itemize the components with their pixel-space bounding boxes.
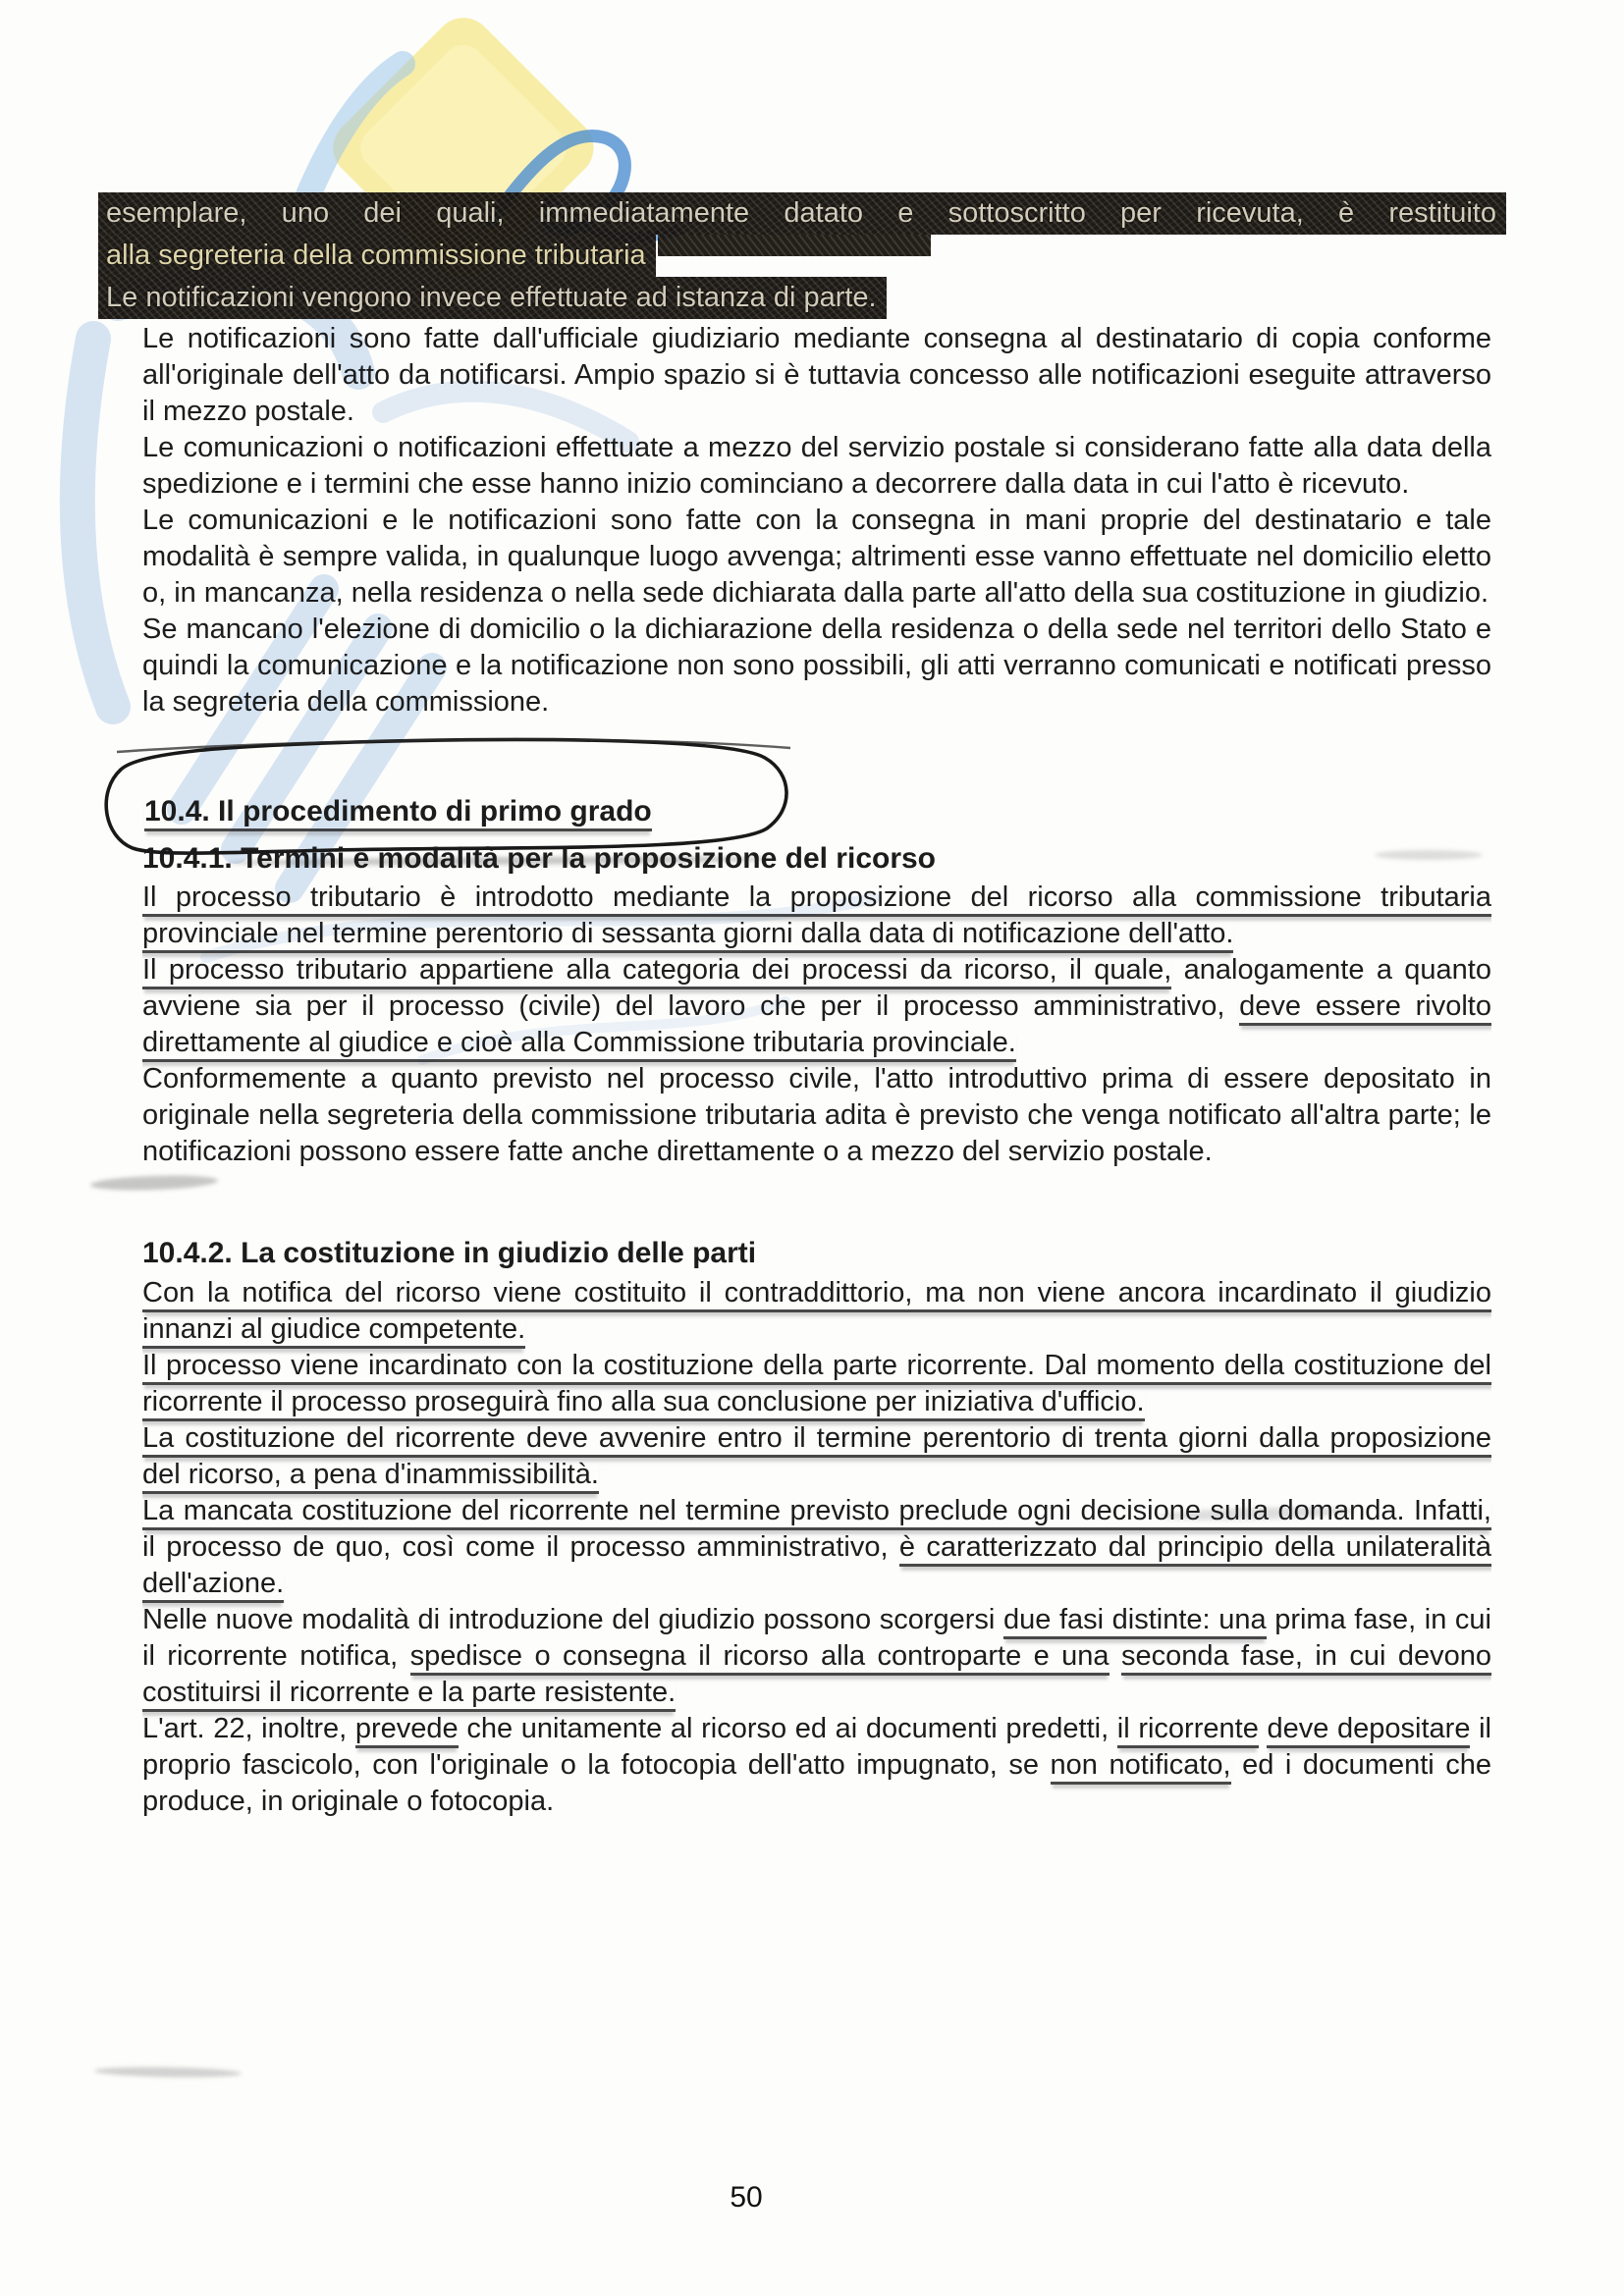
underlined-text: spedisce o consegna il ricorso alla cont… <box>410 1640 1110 1676</box>
paragraph-text: Se mancano l'elezione di domicilio o la … <box>142 614 1491 718</box>
underlined-text: deve depositare <box>1267 1713 1470 1748</box>
underlined-text: prevede <box>355 1713 459 1748</box>
paragraph-categoria-processi: Il processo tributario appartiene alla c… <box>142 952 1491 1061</box>
paragraph-postal-service: Le comunicazioni o notificazioni effettu… <box>142 430 1491 503</box>
underlined-text: Il processo tributario appartiene alla c… <box>142 954 1171 989</box>
underlined-text: Il processo tributario è introdotto medi… <box>142 881 1491 953</box>
paragraph-text: il processo de quo, così come il process… <box>142 1531 899 1563</box>
section-title-text: 10.4.2. La costituzione in giudizio dell… <box>142 1237 756 1269</box>
scan-smudge <box>94 2066 242 2079</box>
paragraph-text: che unitamente al ricorso ed ai document… <box>459 1713 1117 1744</box>
paragraph-mancata-costituzione: La mancata costituzione del ricorrente n… <box>142 1493 1491 1602</box>
paragraph-text: Le comunicazioni e le notificazioni sono… <box>142 505 1491 609</box>
section-title-10-4-2: 10.4.2. La costituzione in giudizio dell… <box>142 1235 1491 1272</box>
underlined-text: La costituzione del ricorrente deve avve… <box>142 1422 1491 1494</box>
paragraph-ricorso-60-giorni: Il processo tributario è introdotto medi… <box>142 880 1491 952</box>
underlined-text: due fasi distinte: una <box>1003 1604 1267 1639</box>
underlined-text: Con la notifica del ricorso viene costit… <box>142 1277 1491 1349</box>
underlined-text: non notificato, <box>1051 1749 1231 1785</box>
underlined-text: Il processo viene incardinato con la cos… <box>142 1350 1491 1421</box>
paragraph-text: Le comunicazioni o notificazioni effettu… <box>142 432 1491 500</box>
highlight-row-2: alla segreteria della commissione tribut… <box>98 235 1506 277</box>
paragraph-incardinato: Il processo viene incardinato con la cos… <box>142 1348 1491 1420</box>
scanned-document-page: esemplare, uno dei quali, immediatamente… <box>0 0 1624 2296</box>
paragraph-trenta-giorni: La costituzione del ricorrente deve avve… <box>142 1420 1491 1493</box>
paragraph-hand-delivery: Le comunicazioni e le notificazioni sono… <box>142 503 1491 612</box>
underlined-text: La mancata costituzione del ricorrente n… <box>142 1495 1491 1530</box>
paragraph-missing-domicile: Se mancano l'elezione di domicilio o la … <box>142 612 1491 721</box>
section-10-4-heading-block: 10.4. Il procedimento di primo grado <box>142 781 773 838</box>
document-body: esemplare, uno dei quali, immediatamente… <box>142 192 1491 1820</box>
paragraph-due-fasi: Nelle nuove modalità di introduzione del… <box>142 1602 1491 1711</box>
hand-drawn-circle <box>91 726 818 864</box>
paragraph-contraddittorio: Con la notifica del ricorso viene costit… <box>142 1275 1491 1348</box>
paragraph-art-22: L'art. 22, inoltre, prevede che unitamen… <box>142 1711 1491 1820</box>
highlight-line-2: alla segreteria della commissione tribut… <box>98 235 656 277</box>
highlight-line-3: Le notificazioni vengono invece effettua… <box>98 277 887 319</box>
paragraph-text: L'art. 22, inoltre, <box>142 1713 355 1744</box>
marker-smudge <box>658 235 931 256</box>
paragraph-atto-introduttivo: Conformemente a quanto previsto nel proc… <box>142 1061 1491 1170</box>
highlighted-passage: esemplare, uno dei quali, immediatamente… <box>98 192 1506 319</box>
page-number: 50 <box>0 2181 1492 2215</box>
highlight-line-1: esemplare, uno dei quali, immediatamente… <box>98 192 1506 235</box>
underlined-text: il ricorrente <box>1117 1713 1259 1748</box>
paragraph-text: Le notificazioni sono fatte dall'ufficia… <box>142 323 1491 427</box>
paragraph-text: Nelle nuove modalità di introduzione del… <box>142 1604 1003 1635</box>
paragraph-text <box>1110 1640 1121 1672</box>
paragraph-notifications-official: Le notificazioni sono fatte dall'ufficia… <box>142 321 1491 430</box>
paragraph-text: Conformemente a quanto previsto nel proc… <box>142 1063 1491 1167</box>
